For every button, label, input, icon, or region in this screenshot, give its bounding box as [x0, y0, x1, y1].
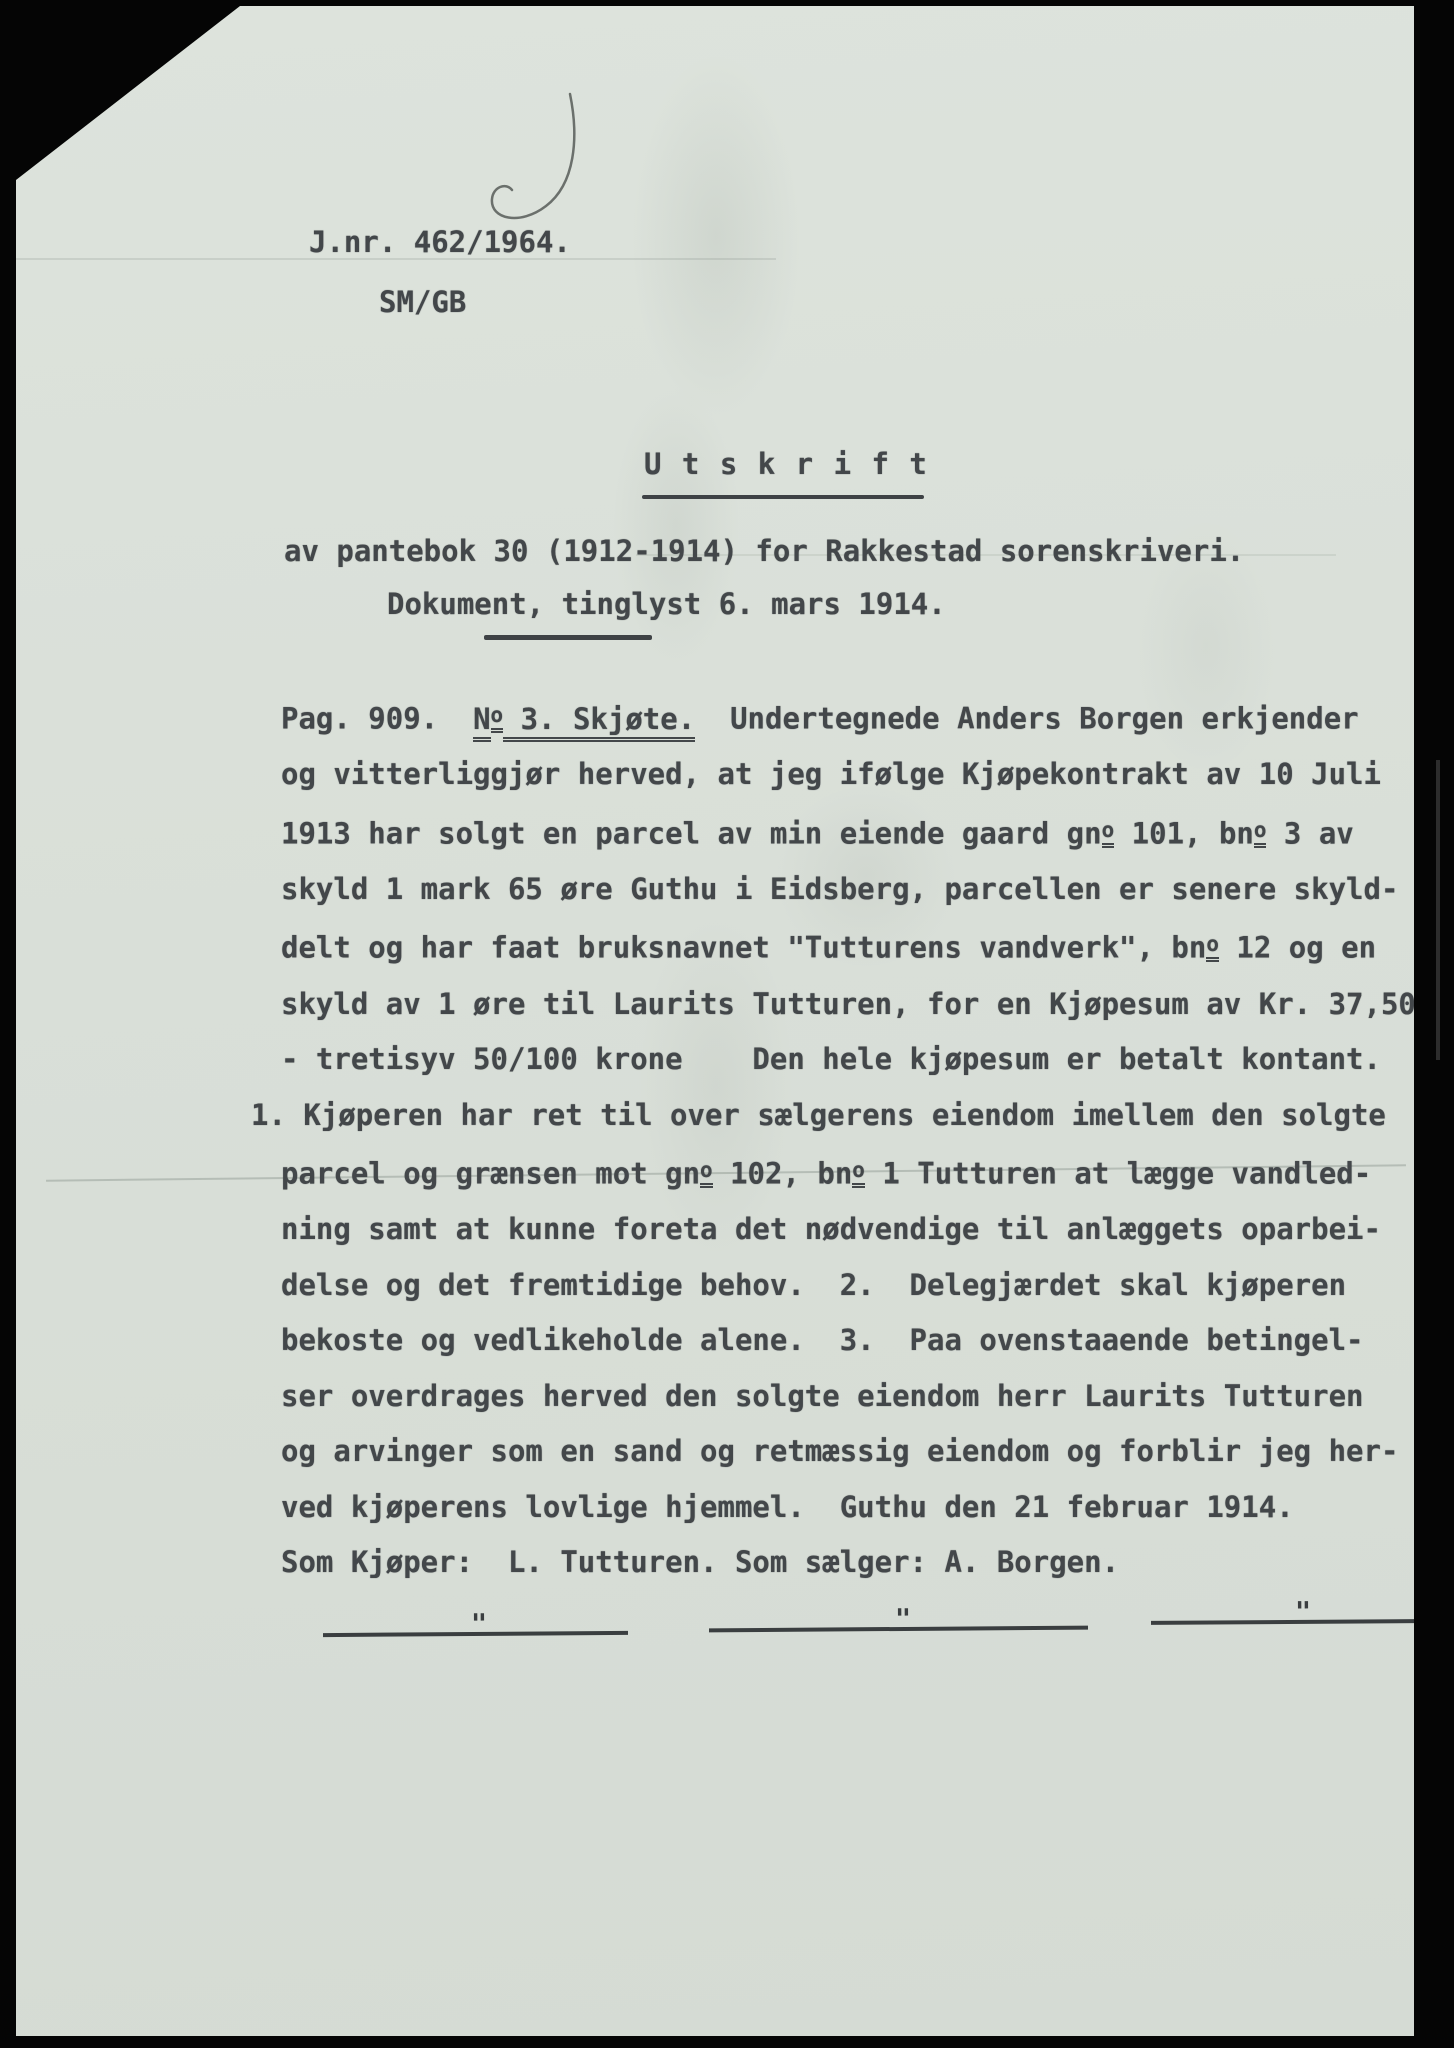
text-line: og vitterliggjør herved, at jeg ifølge K…: [281, 747, 1441, 803]
subtitle-dokument: Dokument, tinglyst 6. mars 1914.: [387, 589, 946, 621]
text-line: ser overdrages herved den solgte eiendom…: [281, 1369, 1441, 1425]
text-line: bekoste og vedlikeholde alene. 3. Paa ov…: [281, 1313, 1441, 1369]
paper-sheet: J.nr. 462/1964. SM/GB U t s k r i f t av…: [16, 6, 1414, 2036]
journal-number: J.nr. 462/1964.: [309, 227, 571, 259]
signature-line: ": [323, 1631, 628, 1637]
text-line: delse og det fremtidige behov. 2. Delegj…: [281, 1258, 1441, 1314]
text-line: Pag. 909. No 3. Skjøte. Undertegnede And…: [281, 688, 1441, 747]
pen-mark: [478, 92, 588, 242]
title-underline: [642, 495, 924, 499]
ditto-mark: ": [1295, 1599, 1311, 1626]
text-line: ved kjøperens lovlige hjemmel. Guthu den…: [281, 1480, 1441, 1536]
ditto-mark: ": [895, 1606, 911, 1633]
text-line: delt og har faat bruksnavnet "Tutturens …: [281, 917, 1441, 976]
document-body: Pag. 909. No 3. Skjøte. Undertegnede And…: [281, 688, 1441, 1591]
subtitle-underline: [484, 635, 652, 640]
text-line: 1. Kjøperen har ret til over sælgerens e…: [251, 1088, 1441, 1144]
subtitle-pantebok: av pantebok 30 (1912-1914) for Rakkestad…: [284, 536, 1244, 568]
scanned-page: J.nr. 462/1964. SM/GB U t s k r i f t av…: [0, 0, 1454, 2048]
text-line: Som Kjøper: L. Tutturen. Som sælger: A. …: [281, 1535, 1441, 1591]
typist-initials: SM/GB: [379, 287, 466, 319]
text-line: parcel og grænsen mot gno 102, bno 1 Tut…: [281, 1143, 1441, 1202]
text-line: skyld 1 mark 65 øre Guthu i Eidsberg, pa…: [281, 862, 1441, 918]
text-line: - tretisyv 50/100 krone Den hele kjøpesu…: [281, 1032, 1441, 1088]
text-line: skyld av 1 øre til Laurits Tutturen, for…: [281, 977, 1441, 1033]
signature-line: ": [1151, 1619, 1416, 1625]
signature-line: ": [709, 1626, 1088, 1633]
text-line: og arvinger som en sand og retmæssig eie…: [281, 1424, 1441, 1480]
document-title: U t s k r i f t: [644, 449, 928, 481]
scan-border-streak: [1436, 760, 1440, 1060]
text-line: ning samt at kunne foreta det nødvendige…: [281, 1202, 1441, 1258]
ditto-mark: ": [471, 1611, 487, 1638]
text-line: 1913 har solgt en parcel av min eiende g…: [281, 803, 1441, 862]
